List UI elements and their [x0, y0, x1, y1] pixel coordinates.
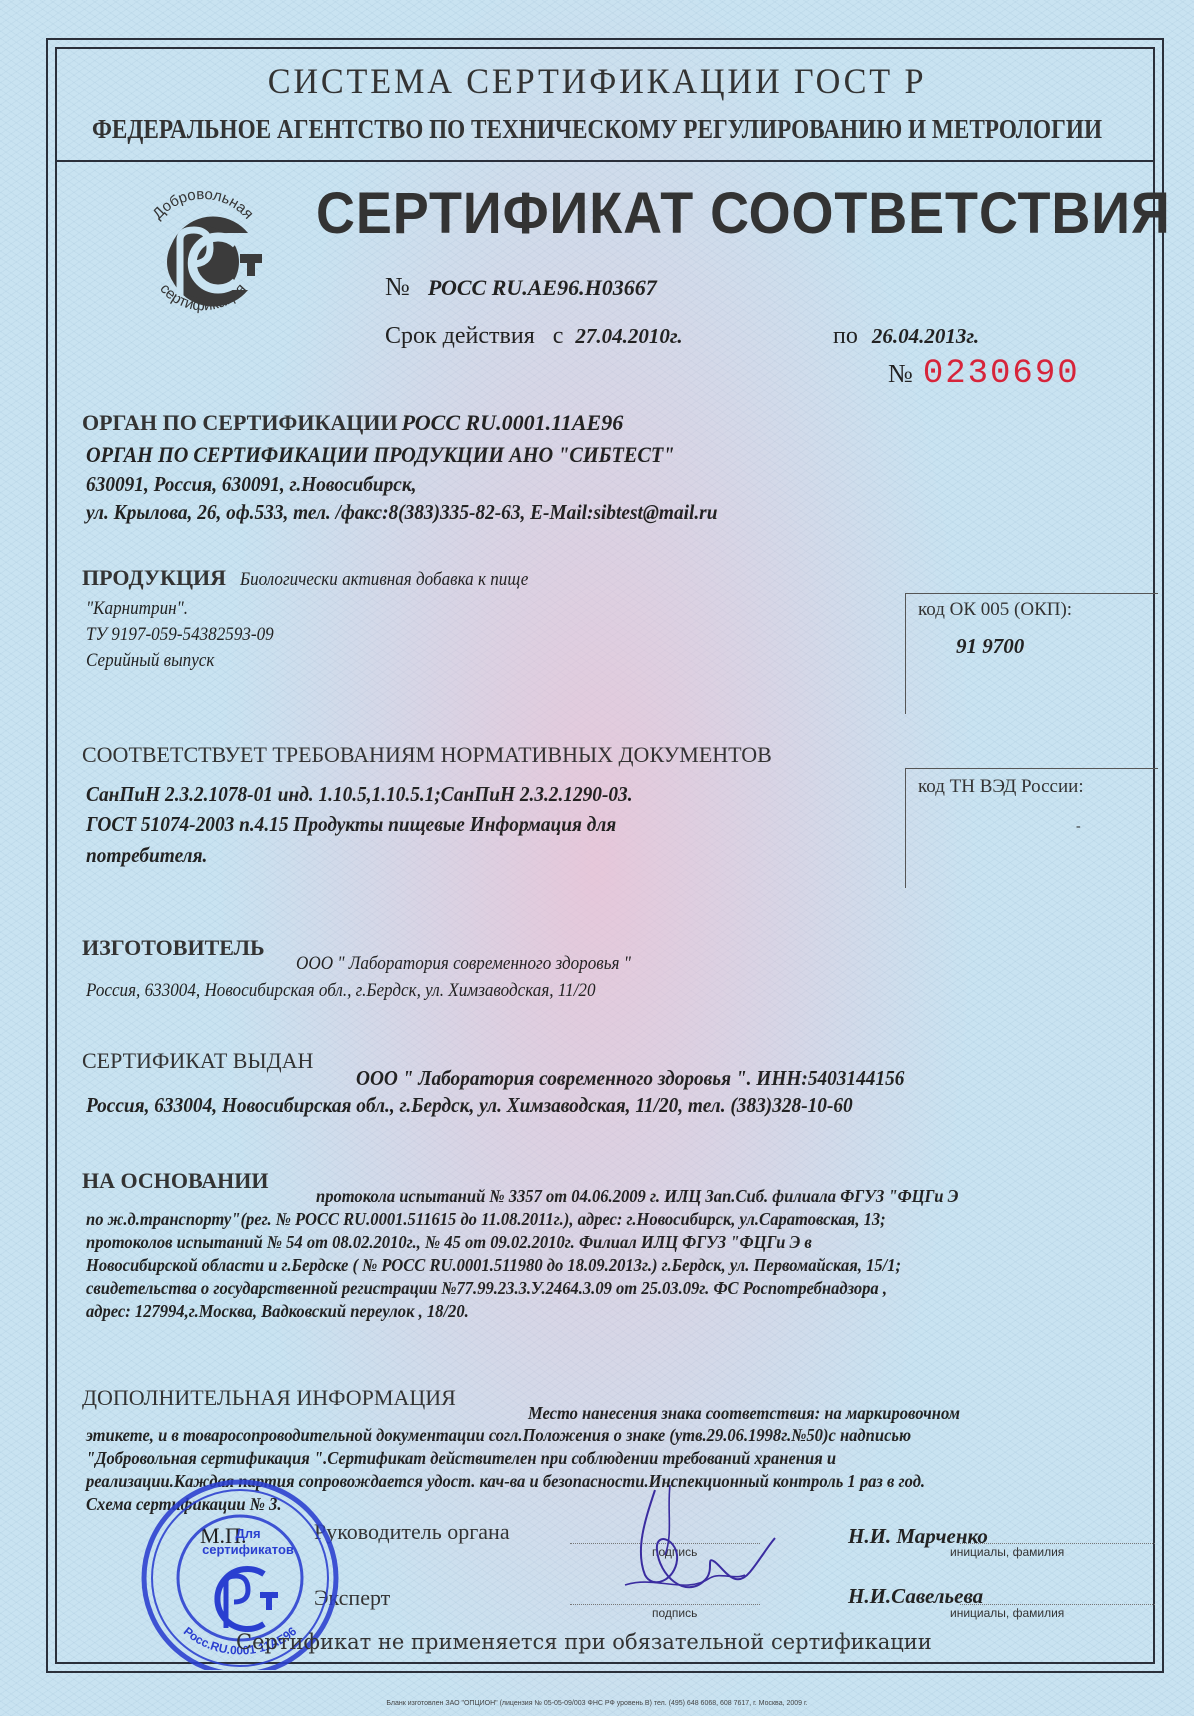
form-serial-number: 0230690 [923, 355, 1080, 393]
validity-row: Срок действия с 27.04.2010г. [385, 323, 683, 350]
cert-body-name: ОРГАН ПО СЕРТИФИКАЦИИ ПРОДУКЦИИ АНО "СИБ… [86, 442, 674, 468]
additional-line1: Место нанесения знака соответствия: на м… [528, 1403, 960, 1424]
conformity-label: СООТВЕТСТВУЕТ ТРЕБОВАНИЯМ НОРМАТИВНЫХ ДО… [82, 742, 772, 768]
conformity-line2: ГОСТ 51074-2003 п.4.15 Продукты пищевые … [86, 812, 616, 837]
product-line2: "Карнитрин". [86, 598, 188, 620]
validity-from-date: 27.04.2010г. [575, 324, 682, 348]
additional-line3: "Добровольная сертификация ".Сертификат … [86, 1448, 836, 1469]
header-rule [55, 160, 1155, 162]
issued-to-label: СЕРТИФИКАТ ВЫДАН [82, 1048, 313, 1074]
issued-to-address: Россия, 633004, Новосибирская обл., г.Бе… [86, 1093, 853, 1118]
manufacturer-address: Россия, 633004, Новосибирская обл., г.Бе… [86, 980, 596, 1002]
cert-body-address-line2: ул. Крылова, 26, оф.533, тел. /факс:8(38… [86, 500, 717, 525]
validity-to-date: 26.04.2013г. [872, 324, 979, 348]
okp-label: код ОК 005 (ОКП): [918, 599, 1072, 621]
tnved-label: код ТН ВЭД России: [918, 776, 1084, 798]
head-name-caption: инициалы, фамилия [950, 1545, 1064, 1559]
okp-code-box: код ОК 005 (ОКП): 91 9700 [905, 593, 1158, 714]
cert-body-address-line1: 630091, Россия, 630091, г.Новосибирск, [86, 472, 417, 497]
cert-body-label: ОРГАН ПО СЕРТИФИКАЦИИ [82, 410, 398, 435]
additional-line2: этикете, и в товаросопроводительной доку… [86, 1425, 911, 1446]
certificate-number-row: № РОСС RU.АЕ96.Н03667 [385, 272, 657, 302]
basis-line4: Новосибирской области и г.Бердске ( № РО… [86, 1255, 901, 1276]
tnved-code-box: код ТН ВЭД России: - [905, 768, 1158, 888]
disclaimer-text: Сертификат не применяется при обязательн… [236, 1630, 932, 1654]
certificate-number: РОСС RU.АЕ96.Н03667 [428, 275, 657, 300]
issued-to-name: ООО " Лаборатория современного здоровья … [356, 1066, 904, 1091]
basis-line2: по ж.д.транспорту"(рег. № РОСС RU.0001.5… [86, 1209, 886, 1230]
tnved-value: - [1076, 819, 1081, 835]
form-number-symbol: № [888, 359, 913, 388]
svg-text:Добровольная: Добровольная [149, 186, 257, 223]
expert-name-line [960, 1604, 1155, 1605]
validity-from-label: с [553, 323, 564, 349]
conformity-line1: СанПиН 2.3.2.1078-01 инд. 1.10.5,1.10.5.… [86, 782, 633, 807]
manufacturer-label: ИЗГОТОВИТЕЛЬ [82, 935, 265, 961]
expert-name-caption: инициалы, фамилия [950, 1606, 1064, 1620]
document-title: СЕРТИФИКАТ СООТВЕТСТВИЯ [316, 180, 1171, 247]
agency-heading: ФЕДЕРАЛЬНОЕ АГЕНТСТВО ПО ТЕХНИЧЕСКОМУ РЕ… [84, 114, 1111, 145]
basis-line5: свидетельства о государственной регистра… [86, 1278, 887, 1299]
conformity-line3: потребителя. [86, 843, 207, 868]
rst-voluntary-certification-logo-icon: Добровольная сертификация [128, 178, 278, 338]
cert-body-heading-row: ОРГАН ПО СЕРТИФИКАЦИИ РОСС RU.0001.11АЕ9… [82, 410, 623, 436]
form-number-row: № 0230690 [888, 355, 1080, 393]
basis-line6: адрес: 127994,г.Москва, Вадковский переу… [86, 1301, 469, 1322]
product-line4: Серийный выпуск [86, 650, 214, 672]
basis-line1: протокола испытаний № 3357 от 04.06.2009… [316, 1186, 958, 1207]
manufacturer-name: ООО " Лаборатория современного здоровья … [296, 953, 631, 975]
validity-to-row: по 26.04.2013г. [833, 323, 979, 350]
product-line3: ТУ 9197-059-54382593-09 [86, 624, 274, 646]
handwritten-signature-icon [615, 1480, 790, 1620]
product-line1: Биологически активная добавка к пище [240, 569, 528, 591]
validity-label: Срок действия [385, 323, 535, 349]
product-label: ПРОДУКЦИЯ [82, 565, 226, 590]
basis-label: НА ОСНОВАНИИ [82, 1168, 269, 1194]
okp-value: 91 9700 [956, 634, 1024, 659]
product-heading-row: ПРОДУКЦИЯ Биологически активная добавка … [82, 565, 560, 591]
printer-note: Бланк изготовлен ЗАО "ОПЦИОН" (лицензия … [0, 1700, 1194, 1707]
svg-text:Для: Для [235, 1526, 260, 1541]
head-name-line [960, 1543, 1155, 1544]
system-heading: СИСТЕМА СЕРТИФИКАЦИИ ГОСТ Р [30, 60, 1164, 102]
svg-text:сертификатов: сертификатов [202, 1542, 294, 1557]
validity-to-label: по [833, 323, 858, 349]
basis-line3: протоколов испытаний № 54 от 08.02.2010г… [86, 1232, 812, 1253]
cert-body-reg-number: РОСС RU.0001.11АЕ96 [402, 410, 624, 435]
additional-label: ДОПОЛНИТЕЛЬНАЯ ИНФОРМАЦИЯ [82, 1385, 456, 1411]
number-symbol: № [385, 272, 410, 301]
